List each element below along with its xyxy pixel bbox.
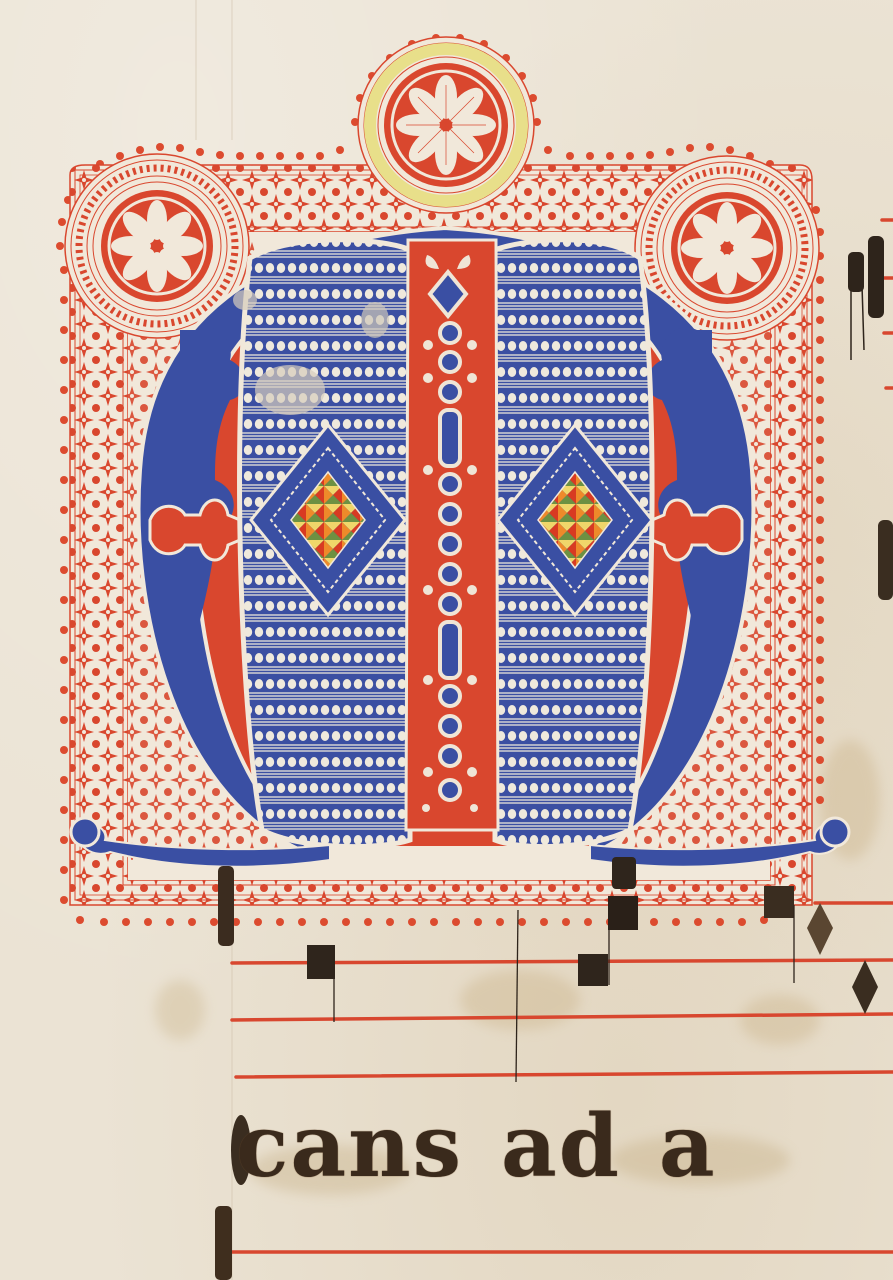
top-rosette (358, 37, 534, 213)
lyric-word: cans (236, 1104, 463, 1190)
lyric-word: a (659, 1104, 717, 1190)
note-clef-left (218, 866, 234, 946)
lyrics-line: cansada (236, 1104, 755, 1190)
illuminated-initial-m (0, 0, 893, 1280)
lyric-word: ad (501, 1104, 621, 1190)
manuscript-page: cansada (0, 0, 893, 1280)
